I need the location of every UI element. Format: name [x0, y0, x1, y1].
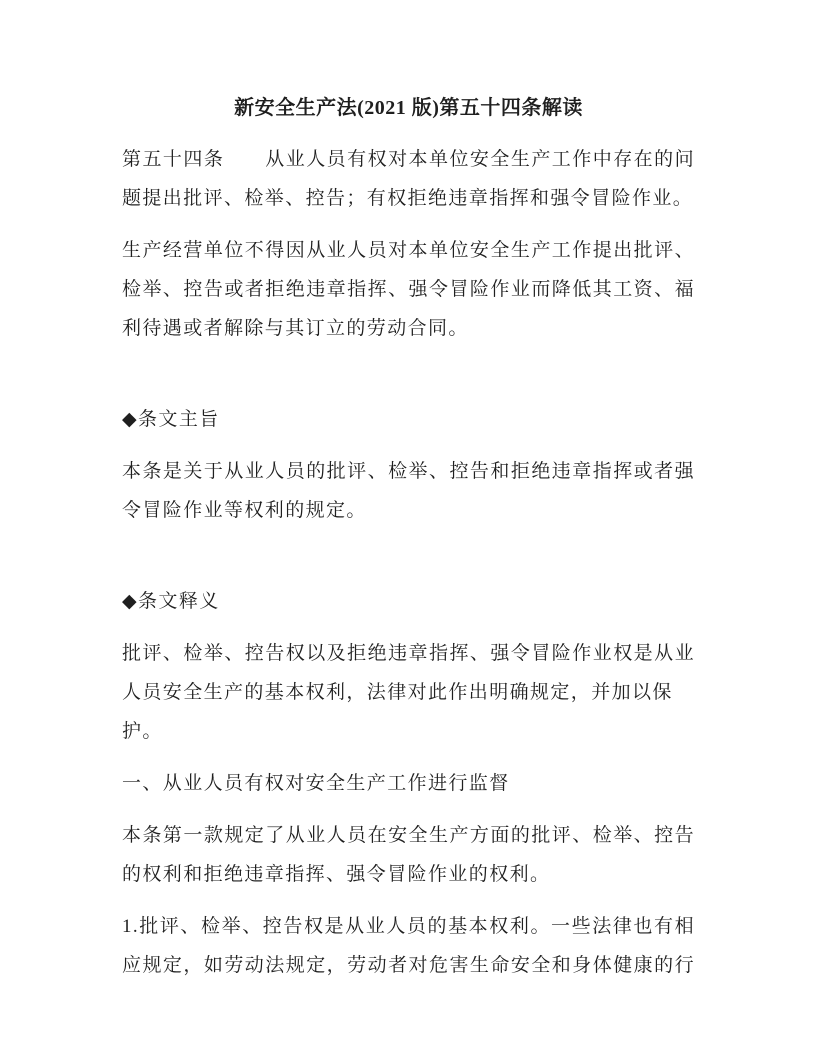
article-text-paragraph: 第五十四条 从业人员有权对本单位安全生产工作中存在的问 题提出批评、检举、控告；… — [122, 140, 695, 218]
section-heading-article-purpose: ◆条文主旨 — [122, 400, 695, 439]
text-line: 本条是关于从业人员的批评、检举、控告和拒绝违章指挥或者强 — [122, 452, 695, 491]
subsection-heading-supervision-right: 一、从业人员有权对安全生产工作进行监督 — [122, 764, 695, 803]
text-line: 的权利和拒绝违章指挥、强令冒险作业的权利。 — [122, 855, 695, 894]
heading-text: 条文释义 — [138, 591, 220, 612]
numbered-point-paragraph: 1.批评、检举、控告权是从业人员的基本权利。一些法律也有相 应规定，如劳动法规定… — [122, 907, 695, 985]
clause-one-paragraph: 本条第一款规定了从业人员在安全生产方面的批评、检举、控告 的权利和拒绝违章指挥、… — [122, 816, 695, 894]
doc-title: 新安全生产法(2021 版)第五十四条解读 — [122, 88, 695, 128]
text-line: 1.批评、检举、控告权是从业人员的基本权利。一些法律也有相 — [122, 907, 695, 946]
document-page: 新安全生产法(2021 版)第五十四条解读 第五十四条 从业人员有权对本单位安全… — [0, 0, 816, 1056]
blank-line — [122, 543, 695, 582]
text-line: 题提出批评、检举、控告；有权拒绝违章指挥和强令冒险作业。 — [122, 179, 695, 218]
section-heading-article-interpretation: ◆条文释义 — [122, 582, 695, 621]
text-line: 人员安全生产的基本权利，法律对此作出明确规定，并加以保护。 — [122, 673, 695, 751]
text-line: 批评、检举、控告权以及拒绝违章指挥、强令冒险作业权是从业 — [122, 634, 695, 673]
text-line: 应规定，如劳动法规定，劳动者对危害生命安全和身体健康的行 — [122, 946, 695, 985]
text-line: 生产经营单位不得因从业人员对本单位安全生产工作提出批评、 — [122, 231, 695, 270]
article-text-paragraph-2: 生产经营单位不得因从业人员对本单位安全生产工作提出批评、 检举、控告或者拒绝违章… — [122, 231, 695, 348]
diamond-bullet-icon: ◆ — [122, 591, 138, 612]
text-line: 本条第一款规定了从业人员在安全生产方面的批评、检举、控告 — [122, 816, 695, 855]
diamond-bullet-icon: ◆ — [122, 409, 138, 430]
blank-line — [122, 361, 695, 400]
purpose-paragraph: 本条是关于从业人员的批评、检举、控告和拒绝违章指挥或者强 令冒险作业等权利的规定… — [122, 452, 695, 530]
text-line: 检举、控告或者拒绝违章指挥、强令冒险作业而降低其工资、福 — [122, 270, 695, 309]
interpretation-paragraph: 批评、检举、控告权以及拒绝违章指挥、强令冒险作业权是从业 人员安全生产的基本权利… — [122, 634, 695, 751]
text-line: 令冒险作业等权利的规定。 — [122, 491, 695, 530]
heading-text: 条文主旨 — [138, 409, 220, 430]
text-line: 利待遇或者解除与其订立的劳动合同。 — [122, 309, 695, 348]
text-line: 第五十四条 从业人员有权对本单位安全生产工作中存在的问 — [122, 140, 695, 179]
